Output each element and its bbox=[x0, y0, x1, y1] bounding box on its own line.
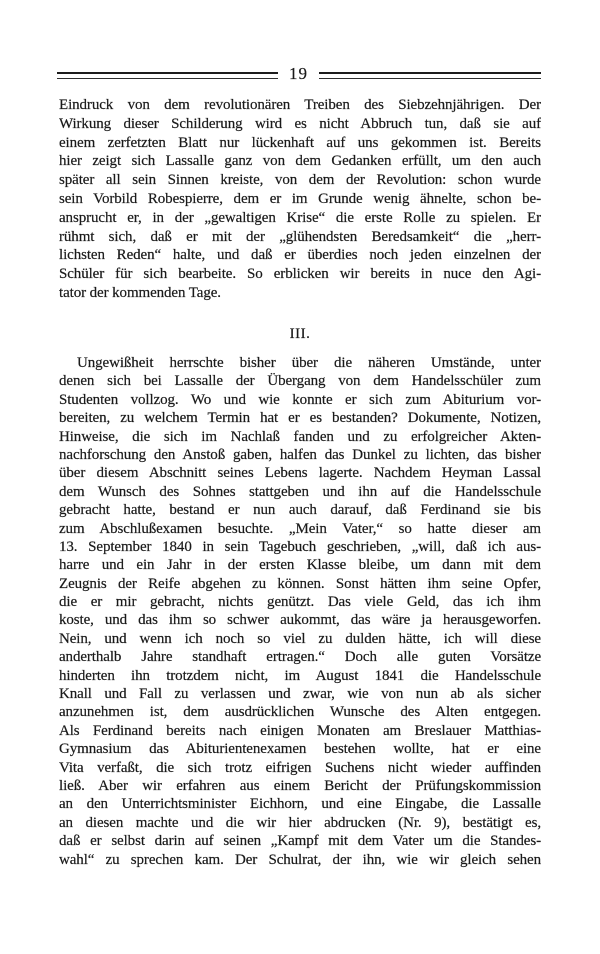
text-line: Knall und Fall zu verlassen und zwar, wi… bbox=[59, 685, 541, 703]
book-page: 19 Eindruck von dem revolutionären Treib… bbox=[0, 0, 600, 954]
text-line: Hinweise, die sich im Nachlaß fanden und… bbox=[59, 428, 541, 446]
text-line: sein Vorbild Robespierre, dem er im Grun… bbox=[59, 190, 541, 209]
text-line: dem Wunsch des Sohnes stattgeben und ihn… bbox=[59, 483, 541, 501]
text-line: rühmt sich, daß er mit der „glühendsten … bbox=[59, 228, 541, 247]
text-line: gebracht hatte, bestand er nun auch dara… bbox=[59, 501, 541, 519]
text-line: koste, und das ihm so schwer aukommt, da… bbox=[59, 611, 541, 629]
text-line: ließ. Aber wir erfahren aus einem Berich… bbox=[59, 777, 541, 795]
text-line: später all sein Sinnen kreiste, von dem … bbox=[59, 171, 541, 190]
text-line: bereiten, zu welchem Termin hat er es be… bbox=[59, 409, 541, 427]
text-line: hinderten ihn trotzdem nicht, im August … bbox=[59, 667, 541, 685]
text-line: zum Abschlußexamen besuchte. „Mein Vater… bbox=[59, 520, 541, 538]
text-line: ansprucht er, in der „gewaltigen Krise“ … bbox=[59, 209, 541, 228]
text-line: die er mir gebracht, nichts genützt. Das… bbox=[59, 593, 541, 611]
text-line: Zeugnis der Reife abgehen zu können. Son… bbox=[59, 575, 541, 593]
section-heading: III. bbox=[59, 325, 541, 344]
header-rule-left bbox=[57, 72, 278, 79]
paragraph-section-3: Ungewißheit herrschte bisher über die nä… bbox=[59, 354, 541, 869]
text-line: harre und ein Jahr in der ersten Klasse … bbox=[59, 556, 541, 574]
text-line: Ungewißheit herrschte bisher über die nä… bbox=[59, 354, 541, 372]
text-line: Wirkung dieser Schilderung wird es nicht… bbox=[59, 115, 541, 134]
page-header: 19 bbox=[0, 64, 600, 86]
text-line: 13. September 1840 in sein Tagebuch gesc… bbox=[59, 538, 541, 556]
text-line: denen sich bei Lassalle der Übergang von… bbox=[59, 372, 541, 390]
text-line: lichsten Reden“ halte, und daß er überdi… bbox=[59, 246, 541, 265]
text-line: wahl“ zu sprechen kam. Der Schulrat, der… bbox=[59, 851, 541, 869]
text-line: tator der kommenden Tage. bbox=[59, 284, 541, 303]
text-line: an diesen machte und die wir hier abdruc… bbox=[59, 814, 541, 832]
text-line: Nein, und wenn ich noch so viel zu dulde… bbox=[59, 630, 541, 648]
paragraph-continuation: Eindruck von dem revolutionären Treiben … bbox=[59, 96, 541, 303]
text-line: anderthalb Jahre standhaft ertragen.“ Do… bbox=[59, 648, 541, 666]
text-line: über diesem Abschnitt seines Lebens lage… bbox=[59, 464, 541, 482]
text-line: Eindruck von dem revolutionären Treiben … bbox=[59, 96, 541, 115]
text-line: daß er selbst darin auf seinen „Kampf mi… bbox=[59, 832, 541, 850]
text-line: Vita verfaßt, die sich trotz eifrigen Su… bbox=[59, 759, 541, 777]
text-line: Gymnasium das Abiturientenexamen bestehe… bbox=[59, 740, 541, 758]
text-line: hier zeigt sich Lassalle ganz von dem Ge… bbox=[59, 152, 541, 171]
text-line: Studenten vollzog. Wo und wie konnte er … bbox=[59, 391, 541, 409]
text-line: an den Unterrichtsminister Eichhorn, und… bbox=[59, 795, 541, 813]
text-line: anzunehmen ist, dem ausdrücklichen Wunsc… bbox=[59, 703, 541, 721]
text-line: Als Ferdinand bereits nach einigen Monat… bbox=[59, 722, 541, 740]
header-rule-right bbox=[319, 72, 541, 79]
page-number: 19 bbox=[278, 64, 319, 84]
text-line: einem zerfetzten Blatt nur lückenhaft au… bbox=[59, 134, 541, 153]
text-line: nachforschung den Anstoß gaben, halfen d… bbox=[59, 446, 541, 464]
text-line: Schüler für sich bearbeite. So erblicken… bbox=[59, 265, 541, 284]
